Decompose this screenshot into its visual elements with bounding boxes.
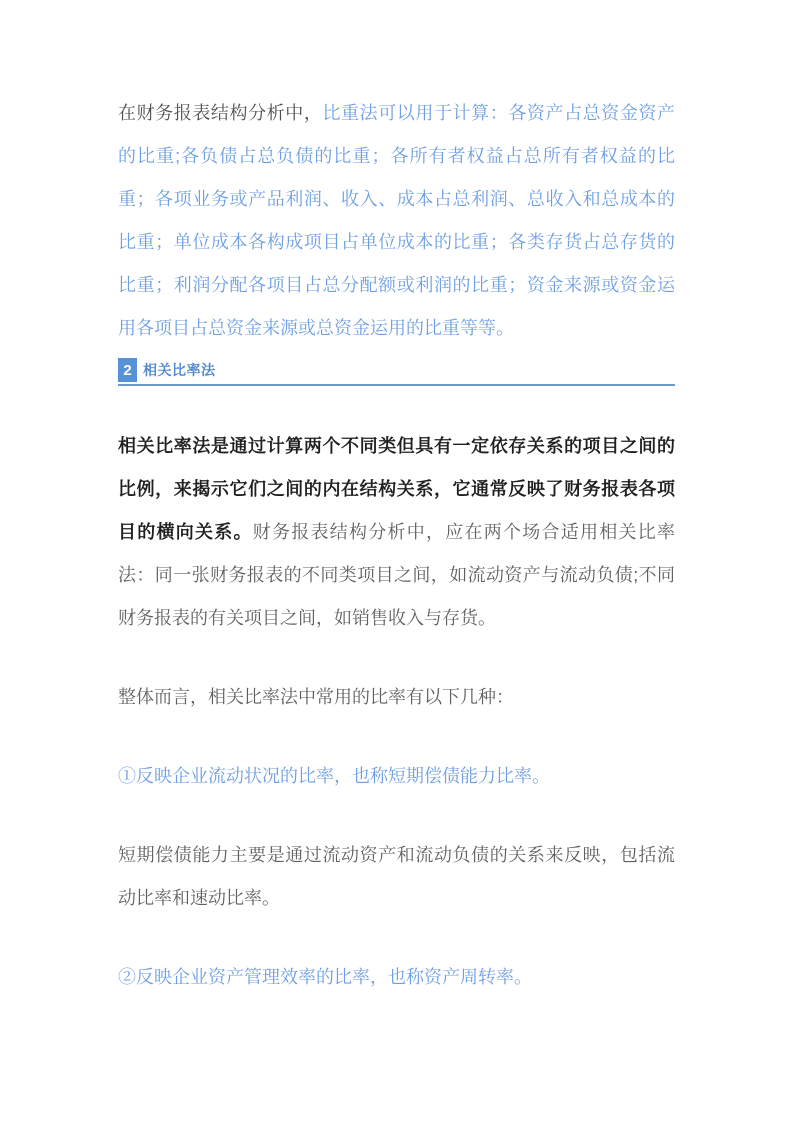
article-page: 在财务报表结构分析中，比重法可以用于计算：各资产占总资金资产的比重;各负债占总负… <box>0 0 793 1122</box>
paragraph-overview: 整体而言，相关比率法中常用的比率有以下几种： <box>118 676 675 719</box>
paragraph-weight-method-highlight: 比重法可以用于计算：各资产占总资金资产的比重;各负债占总负债的比重；各所有者权益… <box>118 103 675 338</box>
paragraph-weight-method-intro: 在财务报表结构分析中， <box>118 103 322 123</box>
bullet-liquidity-ratio: ①反映企业流动状况的比率，也称短期偿债能力比率。 <box>118 755 675 798</box>
section-heading: 2 相关比率法 <box>118 358 675 386</box>
paragraph-short-term-solvency: 短期偿债能力主要是通过流动资产和流动负债的关系来反映，包括流动比率和速动比率。 <box>118 834 675 920</box>
article-content: 在财务报表结构分析中，比重法可以用于计算：各资产占总资金资产的比重;各负债占总负… <box>0 0 793 999</box>
section-number-badge: 2 <box>118 358 137 382</box>
bullet-asset-turnover-ratio: ②反映企业资产管理效率的比率，也称资产周转率。 <box>118 956 675 999</box>
paragraph-related-ratio: 相关比率法是通过计算两个不同类但具有一定依存关系的项目之间的比例，来揭示它们之间… <box>118 425 675 640</box>
paragraph-weight-method: 在财务报表结构分析中，比重法可以用于计算：各资产占总资金资产的比重;各负债占总负… <box>118 92 675 350</box>
section-title: 相关比率法 <box>143 360 216 380</box>
